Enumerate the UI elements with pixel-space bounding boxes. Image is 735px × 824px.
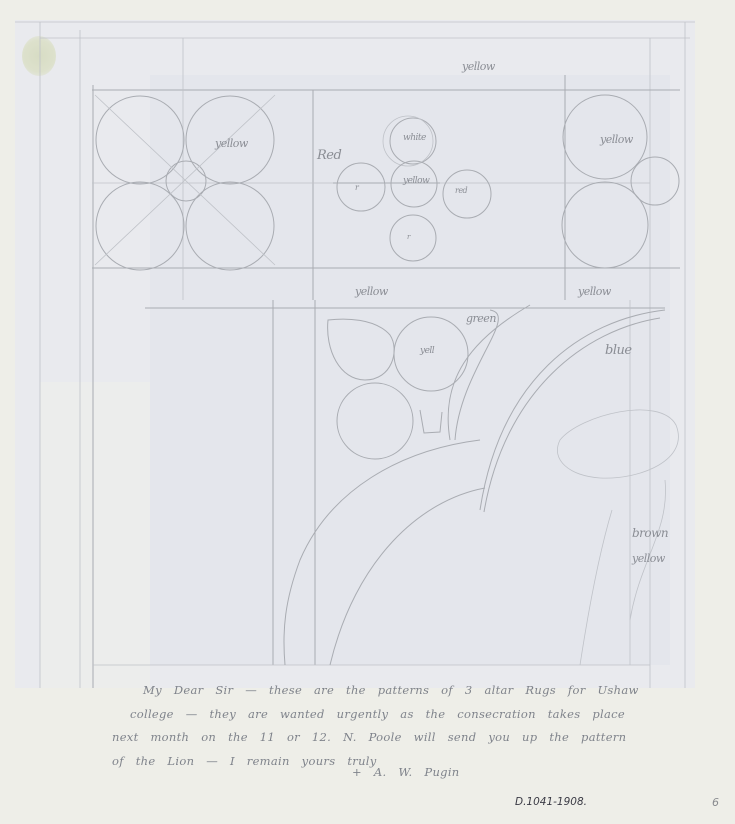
label-mid-border-left: yellow — [355, 285, 388, 298]
label-centre-small: yellow — [403, 176, 429, 186]
label-white: white — [403, 133, 426, 143]
label-lower-yellow: yell — [420, 346, 434, 356]
label-right-small: red — [455, 186, 467, 195]
label-brown: brown — [632, 526, 668, 540]
label-red: Red — [317, 148, 341, 163]
label-lower-right-yellow: yellow — [632, 552, 665, 565]
accession-number: D.1041-1908. — [515, 796, 587, 808]
label-green: green — [466, 312, 496, 325]
letter-line-2: college — they are wanted urgently as th… — [130, 707, 625, 721]
label-left-small: r — [355, 183, 358, 192]
label-top-border: yellow — [462, 60, 495, 73]
accession-extra: 6 — [712, 796, 719, 809]
pencil-sketch — [0, 0, 735, 824]
label-mid-border-right: yellow — [578, 285, 611, 298]
letter-line-4: of the Lion — I remain yours truly — [112, 754, 377, 768]
label-blue: blue — [605, 343, 632, 358]
label-left-quatrefoil: yellow — [215, 137, 248, 150]
letter-line-1: My Dear Sir — these are the patterns of … — [143, 683, 639, 697]
label-right-quatrefoil: yellow — [600, 133, 633, 146]
letter-signature: + A. W. Pugin — [352, 765, 460, 779]
letter-line-3: next month on the 11 or 12. N. Poole wil… — [112, 730, 626, 744]
label-bottom-small: r — [407, 233, 410, 241]
